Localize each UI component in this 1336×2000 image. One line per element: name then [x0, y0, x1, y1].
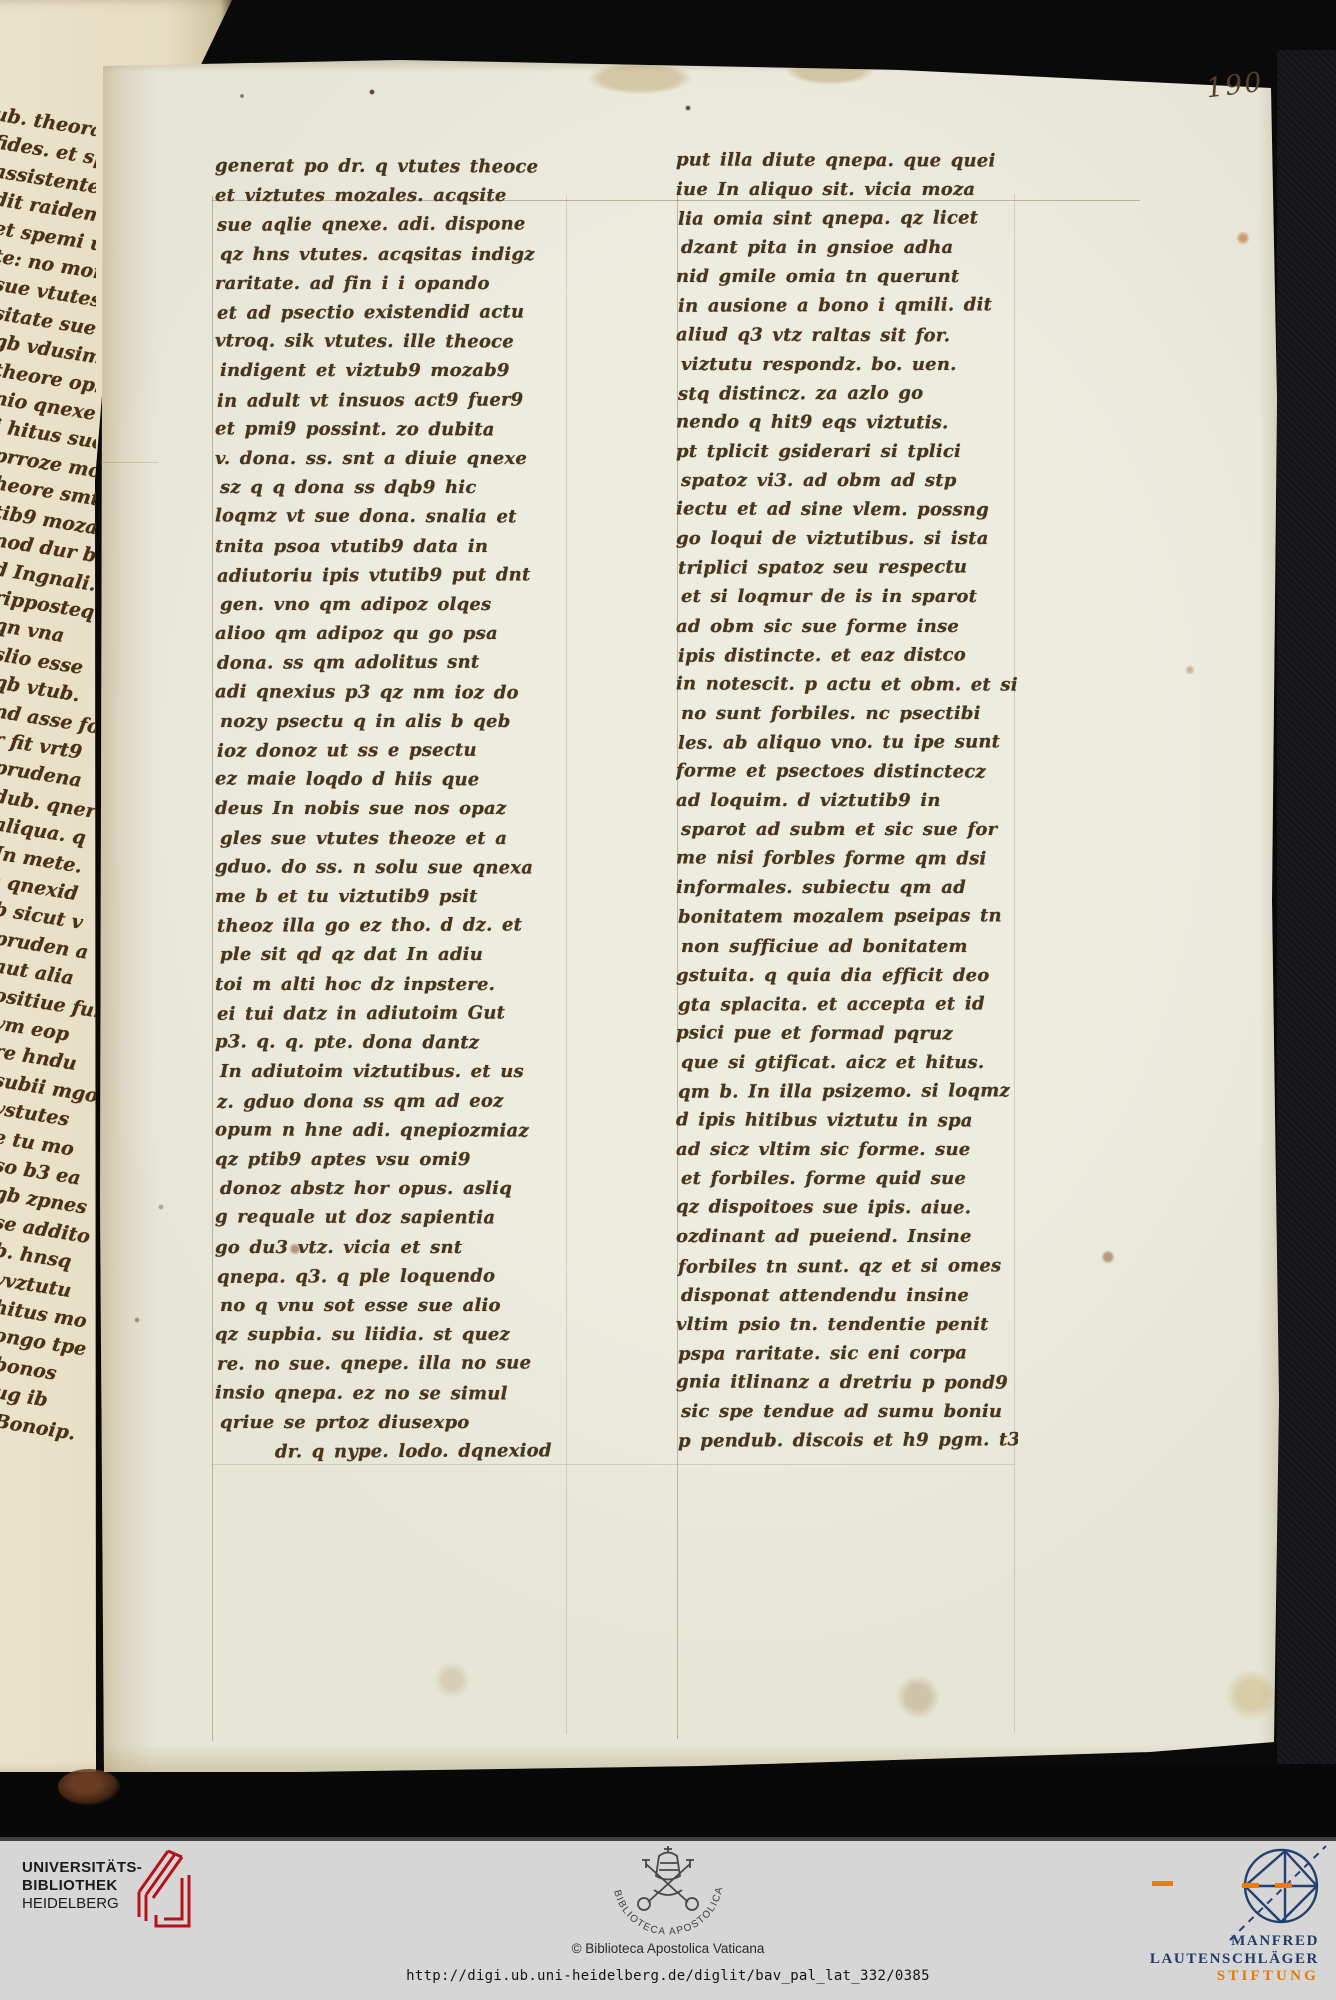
papal-tiara-and-keys-icon [638, 1846, 698, 1910]
manuscript-text-line: spatoz vi3. ad obm ad stp [681, 466, 1018, 495]
manuscript-text-line: sic spe tendue ad sumu boniu [681, 1397, 1018, 1426]
foundation-name-line1: MANFRED [1150, 1933, 1319, 1951]
manuscript-text-line: nendo q hit9 eqs viztutis. [676, 407, 1018, 437]
manuscript-text-line: que si gtificat. aicz et hitus. [681, 1048, 1018, 1077]
manuscript-text-line: et si loqmur de is in sparot [681, 582, 1018, 611]
manuscript-text-line: qz ptib9 aptes vsu omi9 [215, 1145, 571, 1174]
manuscript-text-line: bonitatem mozalem pseipas tn [678, 902, 1018, 933]
foundation-wordmark: MANFRED LAUTENSCHLÄGER STIFTUNG [1150, 1933, 1319, 1986]
vatican-library-seal: BIBLIOTECA APOSTOLICA VATICANA [588, 1842, 748, 1944]
manuscript-text-line: ei tui datz in adiutoim Gut [217, 998, 571, 1029]
manuscript-scan-viewer: ub. theora zmfides. et spes.assistente c… [0, 0, 1336, 2000]
seal-circular-text: BIBLIOTECA APOSTOLICA VATICANA [588, 1842, 726, 1938]
manuscript-text-line: nozy psectu q in alis b qeb [220, 707, 571, 736]
manuscript-text-line: adiutoriu ipis vtutib9 put dnt [217, 560, 571, 591]
manuscript-text-line: raritate. ad fin i i opando [215, 269, 571, 298]
manuscript-text-line: dr. q nype. lodo. dqnexiod [217, 1436, 571, 1467]
manuscript-text-line: et pmi9 possint. zo dubita [215, 414, 571, 444]
heidelberg-library-wordmark: UNIVERSITÄTS- BIBLIOTHEK HEIDELBERG [22, 1859, 142, 1913]
manuscript-text-line: qm b. In illa psizemo. si loqmz [678, 1076, 1018, 1107]
manuscript-text-line: me nisi forbles forme qm dsi [676, 844, 1018, 874]
manuscript-text-line: gta splacita. et accepta et id [678, 989, 1018, 1020]
manuscript-text-line: no sunt forbiles. nc psectibi [681, 699, 1018, 728]
manuscript-text-line: adi qnexius p3 qz nm ioz do [215, 677, 571, 707]
facing-page-text: ub. theora zmfides. et spes.assistente c… [0, 100, 96, 1480]
manuscript-text-line: vtroq. sik vtutes. ille theoce [215, 327, 571, 357]
library-name-line3: HEIDELBERG [22, 1895, 142, 1913]
text-column-2: put illa diute qnepa. que queiiue In ali… [676, 146, 1018, 1472]
margin-scratch-line [100, 462, 158, 463]
manuscript-text-line: no q vnu sot esse sue alio [220, 1291, 571, 1320]
manuscript-text-line: disponat attendendu insine [681, 1281, 1018, 1310]
manuscript-text-line: ez maie loqdo d hiis que [215, 765, 571, 795]
manuscript-text-line: alioo qm adipoz qu go psa [215, 619, 571, 648]
manuscript-text-line: qriue se prtoz diusexpo [220, 1408, 571, 1437]
manuscript-text-line: re. no sue. qnepe. illa no sue [217, 1349, 571, 1380]
manuscript-text-line: qz hns vtutes. acqsitas indigz [220, 240, 571, 269]
manuscript-text-line: pt tplicit gsiderari si tplici [676, 437, 1018, 466]
binding-edge [58, 1769, 120, 1805]
manuscript-text-line: qz dispoitoes sue ipis. aiue. [676, 1193, 1018, 1223]
manuscript-text-line: ioz donoz ut ss e psectu [217, 735, 571, 766]
manuscript-text-line: insio qnepa. ez no se simul [215, 1378, 571, 1408]
manuscript-text-line: iue In aliquo sit. vicia moza [676, 175, 1018, 204]
manuscript-text-line: ipis distincte. et eaz distco [678, 640, 1018, 671]
manuscript-text-line: sparot ad subm et sic sue for [681, 815, 1018, 844]
manuscript-text-line: d ipis hitibus viztutu in spa [676, 1105, 1018, 1135]
manuscript-text-line: sz q q dona ss dqb9 hic [220, 473, 571, 502]
manuscript-text-line: nid gmile omia tn querunt [676, 262, 1018, 291]
manuscript-text-line: gnia itlinanz a dretriu p pond9 [676, 1367, 1018, 1397]
manuscript-text-line: ozdinant ad pueiend. Insine [676, 1222, 1018, 1251]
manuscript-text-line: go du3 vtz. vicia et snt [215, 1233, 571, 1262]
manuscript-text-line: les. ab aliquo vno. tu ipe sunt [678, 727, 1018, 758]
heidelberg-library-logo-icon [131, 1845, 193, 1931]
manuscript-text-line: opum n hne adi. qnepiozmiaz [215, 1115, 571, 1145]
manuscript-text-line: p3. q. q. pte. dona dantz [215, 1027, 571, 1057]
manuscript-text-line: iectu et ad sine vlem. possng [676, 495, 1018, 525]
scan-backdrop-bottom [0, 1764, 1336, 1837]
manuscript-text-line: me b et tu viztutib9 psit [215, 882, 571, 911]
library-name-line1: UNIVERSITÄTS- [22, 1859, 142, 1877]
foundation-name-line2: LAUTENSCHLÄGER [1150, 1951, 1319, 1969]
manuscript-text-line: dona. ss qm adolitus snt [217, 648, 571, 679]
digitization-url: http://digi.ub.uni-heidelberg.de/diglit/… [318, 1968, 1018, 1984]
manuscript-text-line: loqmz vt sue dona. snalia et [215, 502, 571, 532]
manuscript-text-line: dzant pita in gnsioe adha [681, 233, 1018, 262]
manuscript-text-line: gen. vno qm adipoz olqes [220, 590, 571, 619]
foundation-name-line3: STIFTUNG [1150, 1968, 1319, 1986]
manuscript-text-line: non sufficiue ad bonitatem [681, 932, 1018, 961]
manuscript-text-line: viztutu respondz. bo. uen. [681, 350, 1018, 379]
manuscript-text-line: informales. subiectu qm ad [676, 873, 1018, 902]
manuscript-text-line: gstuita. q quia dia efficit deo [676, 961, 1018, 990]
text-column-1: generat po dr. q vtutes theoceet viztute… [215, 152, 571, 1472]
manuscript-text-line: qz supbia. su liidia. st quez [215, 1320, 571, 1349]
library-name-line2: BIBLIOTHEK [22, 1877, 142, 1895]
manuscript-text-line: z. gduo dona ss qm ad eoz [217, 1086, 571, 1117]
manuscript-text-line: in ausione a bono i qmili. dit [678, 291, 1018, 322]
manuscript-text-line: gles sue vtutes theoze et a [220, 824, 571, 853]
manuscript-text-line: et forbiles. forme quid sue [681, 1164, 1018, 1193]
manuscript-text-line: qnepa. q3. q ple loquendo [217, 1261, 571, 1292]
foundation-orange-dash [1152, 1881, 1173, 1886]
manuscript-text-line: psici pue et formad pqruz [676, 1018, 1018, 1048]
manuscript-text-line: generat po dr. q vtutes theoce [215, 152, 571, 182]
ruling-line-vertical [212, 196, 213, 1741]
manuscript-text-line: deus In nobis sue nos opaz [215, 794, 571, 823]
manuscript-text-line: v. dona. ss. snt a diuie qnexe [215, 444, 571, 473]
lautenschlaeger-foundation-logo-icon [1222, 1836, 1334, 1948]
manuscript-text-line: triplici spatoz seu respectu [678, 553, 1018, 584]
manuscript-text-line: et ad psectio existendid actu [217, 297, 571, 328]
manuscript-text-line: g requale ut doz sapientia [215, 1203, 571, 1233]
manuscript-text-line: in adult vt insuos act9 fuer9 [217, 385, 571, 416]
manuscript-text-line: sue aqlie qnexe. adi. dispone [217, 210, 571, 241]
manuscript-text-line: in notescit. p actu et obm. et sic [676, 669, 1018, 699]
manuscript-text-line: ad loquim. d viztutib9 in [676, 786, 1018, 815]
manuscript-text-line: vltim psio tn. tendentie penit [676, 1310, 1018, 1339]
manuscript-text-line: stq distincz. za azlo go [678, 378, 1018, 409]
manuscript-text-line: theoz illa go ez tho. d dz. et [217, 910, 571, 941]
manuscript-text-line: pspa raritate. sic eni corpa [678, 1338, 1018, 1369]
manuscript-text-line: In adiutoim viztutibus. et us [220, 1057, 571, 1086]
svg-text:BIBLIOTECA APOSTOLICA VATICA: BIBLIOTECA APOSTOLICA VATICANA [588, 1842, 726, 1938]
manuscript-text-line: et viztutes mozales. acqsite [215, 181, 571, 210]
manuscript-text-line: ple sit qd qz dat In adiu [220, 940, 571, 969]
scan-backdrop-texture [1277, 50, 1336, 1837]
manuscript-text-line: go loqui de viztutibus. si ista [676, 524, 1018, 553]
manuscript-text-line: ad obm sic sue forme inse [676, 612, 1018, 641]
manuscript-text-line: forme et psectoes distinctecz [676, 756, 1018, 786]
manuscript-text-line: tnita psoa vtutib9 data in [215, 532, 571, 561]
manuscript-text-line: aliud q3 vtz raltas sit for. [676, 320, 1018, 350]
manuscript-text-line: forbiles tn sunt. qz et si omes [678, 1251, 1018, 1282]
manuscript-text-line: donoz abstz hor opus. asliq [220, 1174, 571, 1203]
manuscript-text-line: gduo. do ss. n solu sue qnexa [215, 852, 571, 882]
manuscript-text-line: ad sicz vltim sic forme. sue [676, 1135, 1018, 1164]
manuscript-text-line: toi m alti hoc dz inpstere. [215, 970, 571, 999]
manuscript-text-line: lia omia sint qnepa. qz licet [678, 203, 1018, 234]
manuscript-text-line: p pendub. discois et h9 pgm. t3 [678, 1425, 1018, 1456]
vatican-copyright-line: © Biblioteca Apostolica Vaticana [468, 1941, 868, 1956]
manuscript-text-line: put illa diute qnepa. que quei [676, 146, 1018, 176]
manuscript-text-line: indigent et viztub9 mozab9 [220, 356, 571, 385]
